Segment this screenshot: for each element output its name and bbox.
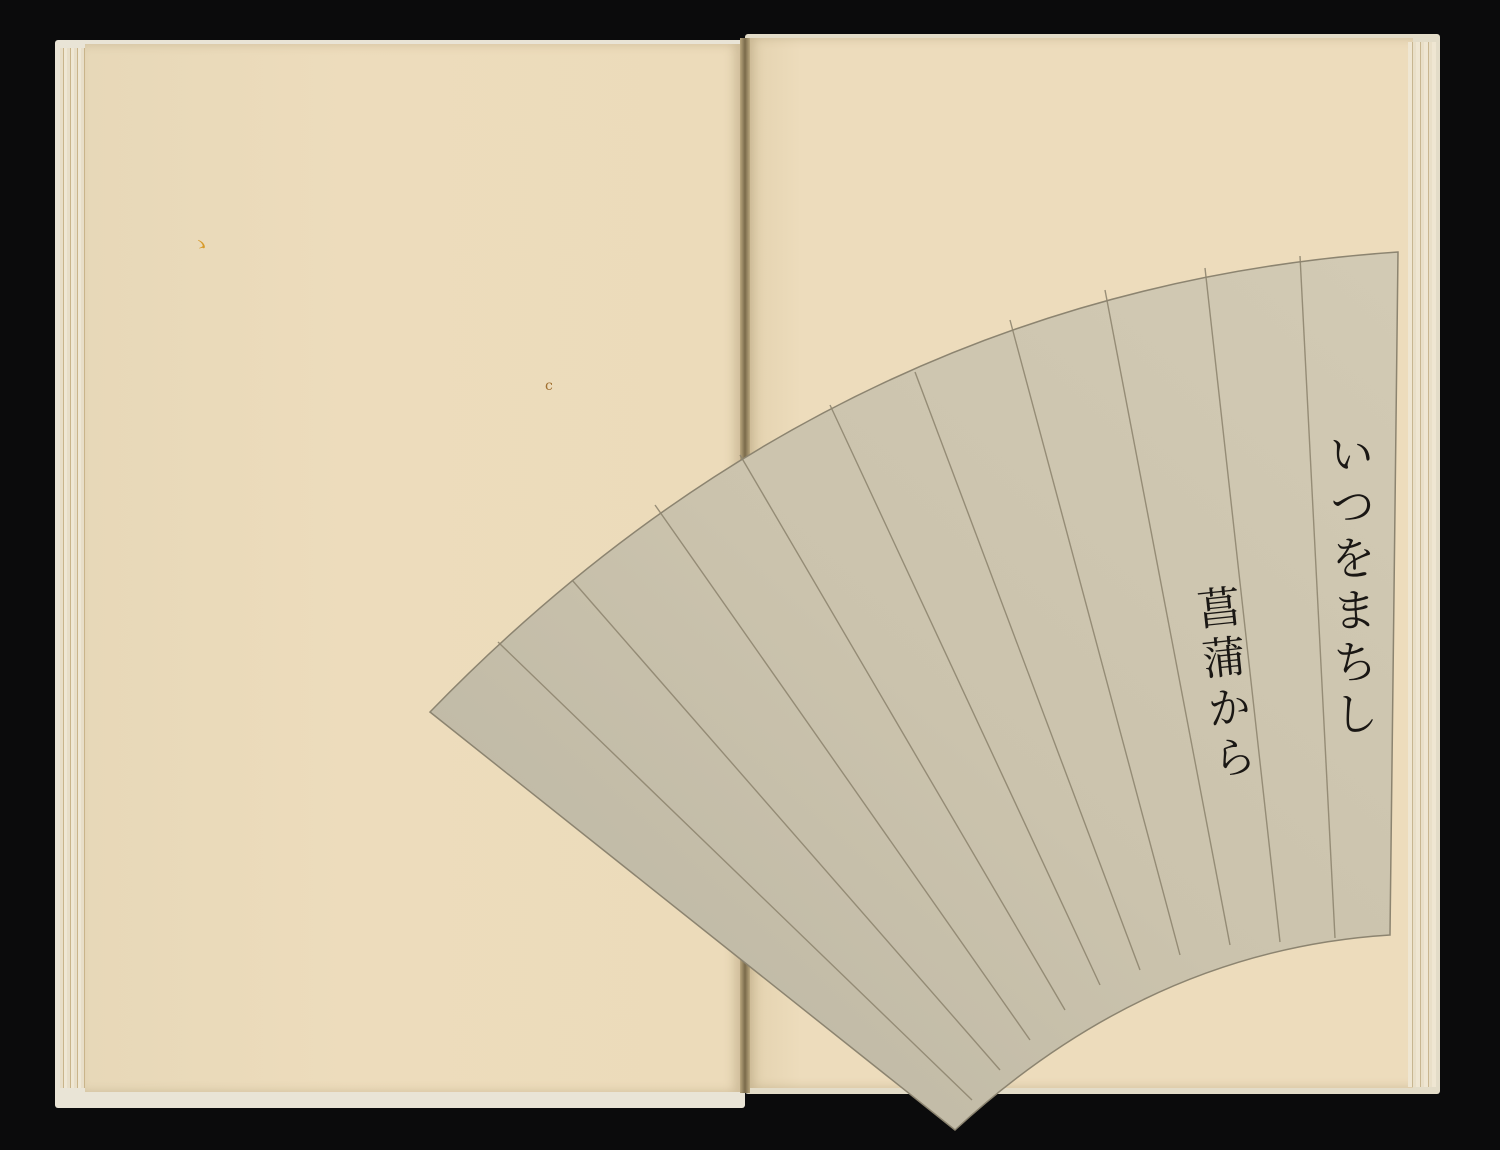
open-book: ゝ c いつをまちし 菖蒲から	[0, 0, 1500, 1150]
fan-leaf	[0, 0, 1500, 1150]
fan-inscription-poem: いつをまちし	[1315, 429, 1386, 742]
